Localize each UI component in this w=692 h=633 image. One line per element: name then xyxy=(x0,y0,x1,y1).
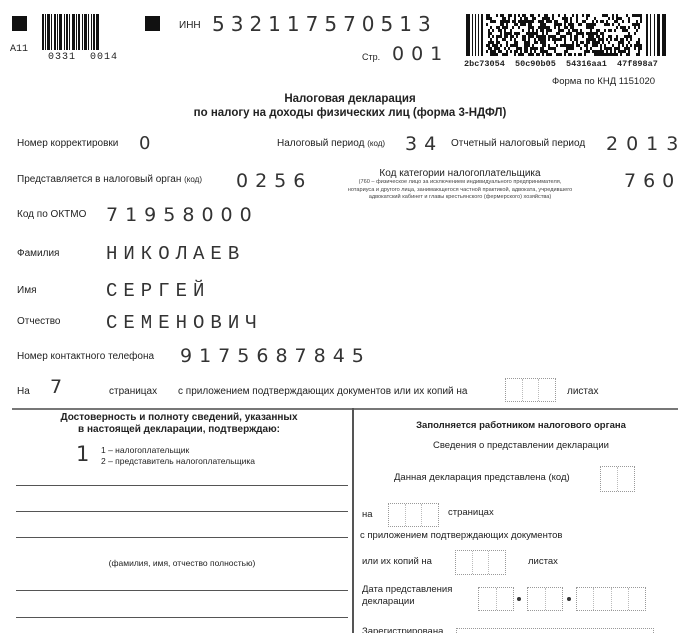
date-separator-dot xyxy=(517,597,521,601)
fullname-caption: (фамилия, имя, отчество полностью) xyxy=(16,558,348,568)
signer-type-value[interactable]: 1 xyxy=(76,442,96,466)
registered-label: Зарегистрирована xyxy=(362,626,443,633)
date-separator-dot xyxy=(567,597,571,601)
inn-label: ИНН xyxy=(179,20,201,31)
pages-label: страницах xyxy=(109,386,157,397)
tax-authority-value[interactable]: 0256 xyxy=(236,170,312,192)
signer-type-options: 1 – налогоплательщик 2 – представитель н… xyxy=(101,445,255,467)
right-sheets-field[interactable] xyxy=(455,550,506,575)
patronymic-value[interactable]: СЕМЕНОВИЧ xyxy=(106,312,263,334)
fullname-line-3[interactable] xyxy=(16,537,348,538)
qr-barcode-icon xyxy=(466,14,666,56)
correction-value[interactable]: 0 xyxy=(139,133,157,154)
first-name-value[interactable]: СЕРГЕЙ xyxy=(106,280,210,302)
patronymic-label: Отчество xyxy=(17,316,60,327)
title-line-1: Налоговая декларация xyxy=(120,92,580,106)
signer-option-taxpayer: 1 – налогоплательщик xyxy=(101,445,255,456)
vertical-divider xyxy=(352,408,354,633)
attachments-label: с приложением подтверждающих документов … xyxy=(178,386,467,397)
alignment-marker-right xyxy=(145,16,160,31)
date-month-field[interactable] xyxy=(527,587,563,611)
date-day-field[interactable] xyxy=(478,587,514,611)
fullname-line-2[interactable] xyxy=(16,511,348,512)
tax-period-code-hint: (код) xyxy=(367,139,385,148)
form-code: A11 xyxy=(10,44,28,55)
submitted-code-label: Данная декларация представлена (код) xyxy=(394,472,570,483)
page-label: Стр. xyxy=(362,52,380,62)
reporting-period-label: Отчетный налоговый период xyxy=(451,138,585,149)
date-year-field[interactable] xyxy=(576,587,646,611)
right-pages-label: страницах xyxy=(448,507,494,518)
title-line-2: по налогу на доходы физических лиц (форм… xyxy=(120,106,580,120)
page-title: Налоговая декларация по налогу на доходы… xyxy=(120,92,580,120)
alignment-marker-left xyxy=(12,16,27,31)
category-block: Код категории налогоплательщика (760 – ф… xyxy=(330,168,590,202)
confirmation-heading: Достоверность и полноту сведений, указан… xyxy=(14,412,344,436)
oktmo-value[interactable]: 71958000 xyxy=(106,204,259,226)
qr-hash: 2bc73054 50c90b05 54316aa1 47f898a7 xyxy=(464,59,658,69)
oktmo-label: Код по ОКТМО xyxy=(17,209,86,220)
submission-date-label: Дата представления декларации xyxy=(362,584,452,608)
tax-period-label: Налоговый период (код) xyxy=(277,138,385,149)
signer-option-representative: 2 – представитель налогоплательщика xyxy=(101,456,255,467)
fullname-line-4[interactable] xyxy=(16,590,348,591)
right-sheets-label: листах xyxy=(528,556,558,567)
category-label: Код категории налогоплательщика xyxy=(330,168,590,179)
submitted-code-field[interactable] xyxy=(600,466,635,492)
first-name-label: Имя xyxy=(17,285,36,296)
fullname-line-1[interactable] xyxy=(16,485,348,486)
reporting-period-value[interactable]: 2013 xyxy=(606,133,686,155)
barcode-number: 0331 0014 xyxy=(48,52,118,63)
category-value[interactable]: 760 xyxy=(624,170,681,192)
tax-authority-code-hint: (код) xyxy=(184,175,202,184)
right-copies-label: или их копий на xyxy=(362,556,432,567)
correction-label: Номер корректировки xyxy=(17,138,118,149)
pages-prefix: На xyxy=(17,386,30,397)
inn-value: 532117570513 xyxy=(212,12,437,36)
knd-form-label: Форма по КНД 1151020 xyxy=(552,76,655,87)
tax-period-value[interactable]: 34 xyxy=(405,133,443,155)
surname-label: Фамилия xyxy=(17,248,59,259)
sheets-label: листах xyxy=(567,386,598,397)
pages-value[interactable]: 7 xyxy=(50,376,69,398)
attachments-sheets-field[interactable] xyxy=(505,378,556,402)
right-on-label: на xyxy=(362,509,373,520)
tax-officer-heading: Заполняется работником налогового органа xyxy=(356,420,686,431)
phone-label: Номер контактного телефона xyxy=(17,351,154,362)
category-note: (760 – физическое лицо за исключением ин… xyxy=(330,179,590,202)
section-divider xyxy=(12,408,678,410)
registered-field[interactable] xyxy=(456,628,654,633)
tax-authority-label: Представляется в налоговый орган (код) xyxy=(17,174,202,185)
right-pages-field[interactable] xyxy=(388,503,439,527)
right-attachments-label: с приложением подтверждающих документов xyxy=(360,530,562,541)
fullname-line-5[interactable] xyxy=(16,617,348,618)
phone-value[interactable]: 9175687845 xyxy=(180,345,371,367)
submission-info-heading: Сведения о представлении декларации xyxy=(356,440,686,451)
barcode-icon xyxy=(42,14,130,50)
page-value: 001 xyxy=(392,43,449,65)
surname-value[interactable]: НИКОЛАЕВ xyxy=(106,243,245,265)
